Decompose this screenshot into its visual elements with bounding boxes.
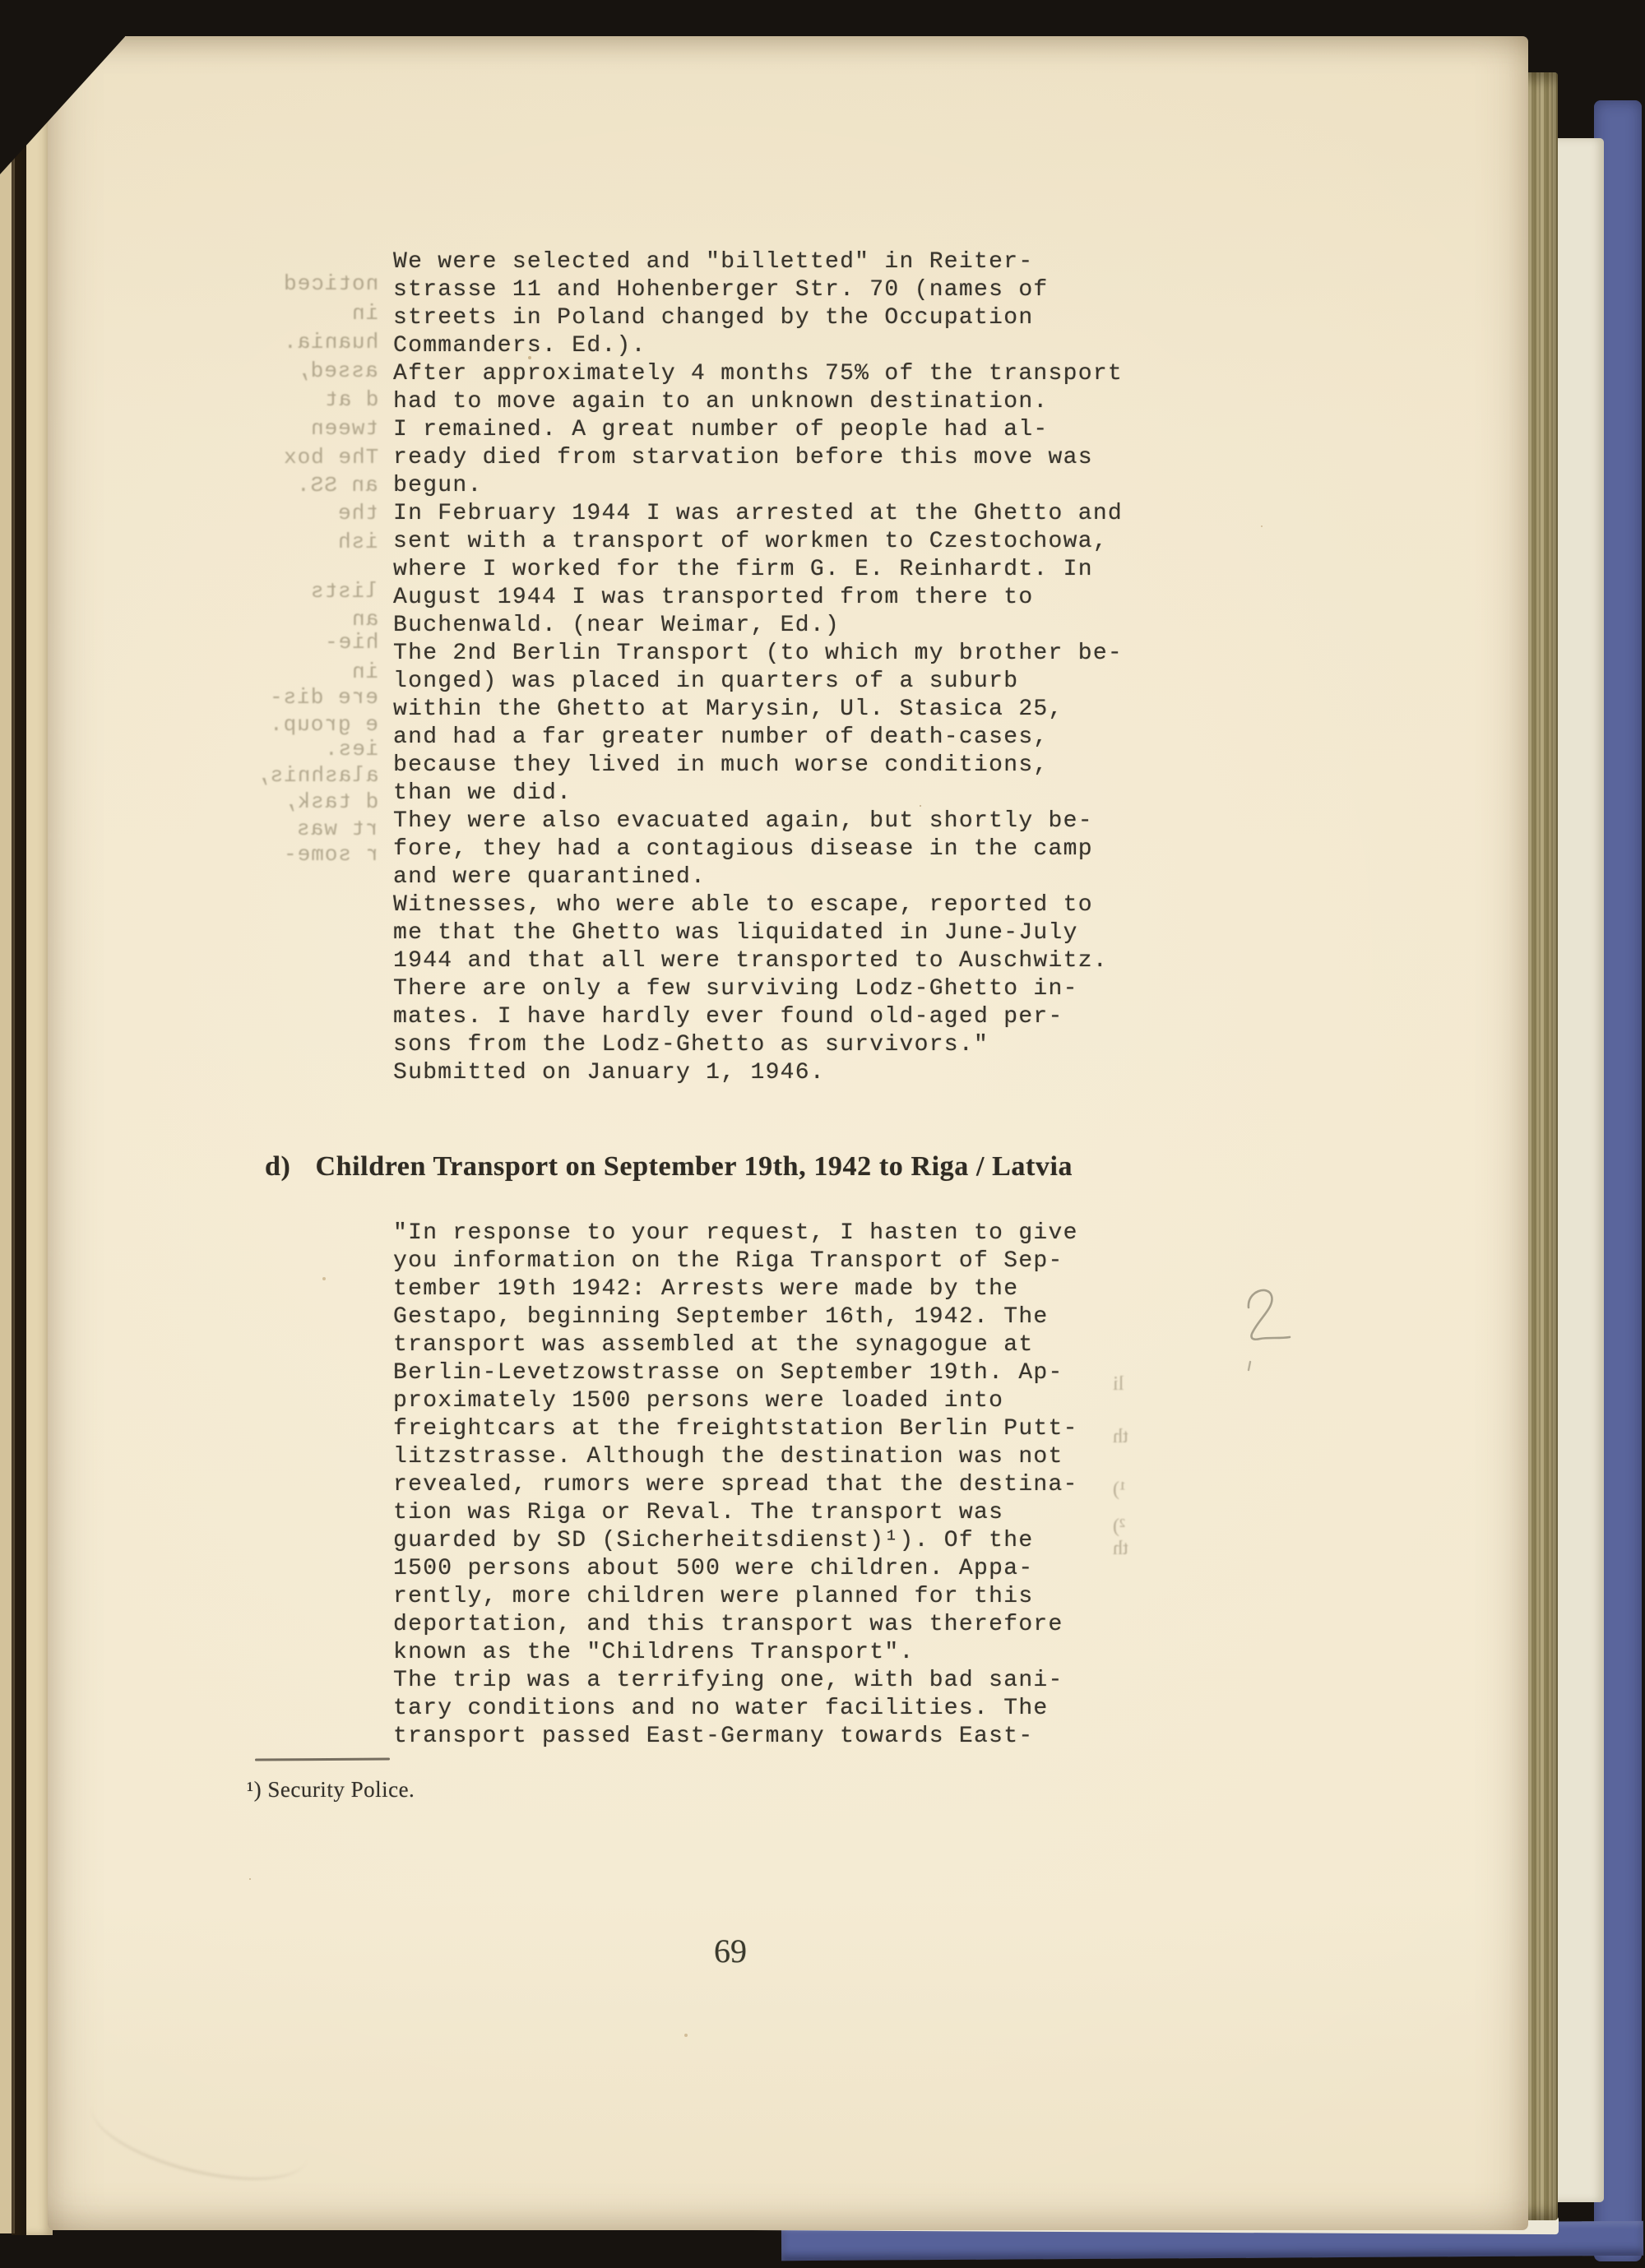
text-line: The 2nd Berlin Transport (to which my br…	[393, 640, 1123, 668]
text-line: tember 19th 1942: Arrests were made by t…	[393, 1275, 1078, 1303]
text-line: sons from the Lodz-Ghetto as survivors."	[393, 1031, 1123, 1059]
text-line: There are only a few surviving Lodz-Ghet…	[393, 975, 1123, 1003]
text-line: guarded by SD (Sicherheitsdienst)¹). Of …	[393, 1527, 1078, 1555]
show-through-text-left-margin: noticedinhuania.assed,d attweenThe boxan…	[163, 36, 378, 941]
text-line: Submitted on January 1, 1946.	[393, 1059, 1123, 1087]
text-line: sent with a transport of workmen to Czes…	[393, 528, 1123, 556]
show-through-fragment: li	[1113, 1373, 1124, 1396]
text-line: In February 1944 I was arrested at the G…	[393, 500, 1123, 528]
text-line: "In response to your request, I hasten t…	[393, 1220, 1078, 1247]
text-line: litzstrasse. Although the destination wa…	[393, 1443, 1078, 1471]
show-through-fragment: d task,	[283, 789, 378, 814]
show-through-fragment: in	[351, 301, 378, 326]
paper-smudge	[82, 2067, 317, 2198]
text-line: revealed, rumors were spread that the de…	[393, 1471, 1078, 1499]
show-through-fragment: rt was	[296, 817, 378, 841]
show-through-fragment: e group.	[269, 712, 378, 737]
text-line: within the Ghetto at Marysin, Ul. Stasic…	[393, 696, 1123, 724]
show-through-text-right-margin: lith¹)²)th	[1113, 36, 1212, 1599]
text-line: where I worked for the firm G. E. Reinha…	[393, 556, 1123, 584]
text-line: me that the Ghetto was liquidated in Jun…	[393, 919, 1123, 947]
text-line: ready died from starvation before this m…	[393, 444, 1123, 472]
text-line: Commanders. Ed.).	[393, 332, 1123, 360]
show-through-fragment: the	[337, 501, 378, 525]
text-line: transport was assembled at the synagogue…	[393, 1331, 1078, 1359]
text-line: August 1944 I was transported from there…	[393, 584, 1123, 612]
text-line: known as the "Childrens Transport".	[393, 1639, 1078, 1667]
show-through-fragment: ¹)	[1113, 1479, 1125, 1501]
text-line: fore, they had a contagious disease in t…	[393, 835, 1123, 863]
text-line: because they lived in much worse conditi…	[393, 752, 1123, 780]
show-through-fragment: th	[1113, 1538, 1128, 1560]
text-line: strasse 11 and Hohenberger Str. 70 (name…	[393, 276, 1123, 304]
typewritten-quote-children-transport: "In response to your request, I hasten t…	[393, 1220, 1078, 1751]
text-line: Gestapo, beginning September 16th, 1942.…	[393, 1303, 1078, 1331]
text-line: streets in Poland changed by the Occupat…	[393, 304, 1123, 332]
text-line: had to move again to an unknown destinat…	[393, 388, 1123, 416]
text-line: transport passed East-Germany towards Ea…	[393, 1723, 1078, 1751]
typewritten-quote-lodz-ghetto: We were selected and "billetted" in Reit…	[393, 248, 1123, 1087]
text-line: than we did.	[393, 780, 1123, 808]
text-line: rently, more children were planned for t…	[393, 1583, 1078, 1611]
text-line: you information on the Riga Transport of…	[393, 1247, 1078, 1275]
text-line: tion was Riga or Reval. The transport wa…	[393, 1499, 1078, 1527]
show-through-fragment: ish	[337, 530, 378, 554]
show-through-fragment: noticed	[283, 271, 378, 296]
text-line: Witnesses, who were able to escape, repo…	[393, 891, 1123, 919]
show-through-fragment: in	[351, 660, 378, 684]
section-heading-label: d)	[265, 1148, 290, 1186]
text-line: deportation, and this transport was ther…	[393, 1611, 1078, 1639]
show-through-fragment: d at	[324, 387, 378, 412]
show-through-fragment: huania.	[283, 330, 378, 354]
show-through-fragment: ²)	[1113, 1516, 1125, 1538]
show-through-fragment: an	[351, 607, 378, 632]
show-through-fragment: assed,	[296, 359, 378, 383]
text-line: begun.	[393, 472, 1123, 500]
show-through-fragment: th	[1113, 1426, 1128, 1448]
text-line: tary conditions and no water facilities.…	[393, 1695, 1078, 1723]
footnote-rule	[255, 1757, 390, 1761]
text-line: We were selected and "billetted" in Reit…	[393, 248, 1123, 276]
page-number: 69	[681, 1932, 780, 1970]
show-through-fragment: an SS.	[296, 473, 378, 498]
photograph-of-book-page: { "document": { "quote1_lines": [ "We we…	[0, 0, 1645, 2268]
show-through-fragment: ere dis-	[269, 685, 378, 710]
show-through-fragment: The box	[283, 445, 378, 470]
text-line: longed) was placed in quarters of a subu…	[393, 668, 1123, 696]
text-line: mates. I have hardly ever found old-aged…	[393, 1003, 1123, 1031]
text-line: I remained. A great number of people had…	[393, 416, 1123, 444]
show-through-fragment: r some-	[283, 842, 378, 867]
show-through-fragment: hie-	[324, 630, 378, 655]
text-line: Buchenwald. (near Weimar, Ed.)	[393, 612, 1123, 640]
pencil-annotation-2	[1239, 1283, 1296, 1390]
section-heading-title: Children Transport on September 19th, 19…	[315, 1148, 1073, 1186]
book-page: noticedinhuania.assed,d attweenThe boxan…	[48, 36, 1528, 2230]
text-line: proximately 1500 persons were loaded int…	[393, 1387, 1078, 1415]
text-line: Berlin-Levetzowstrasse on September 19th…	[393, 1359, 1078, 1387]
text-line: 1500 persons about 500 were children. Ap…	[393, 1555, 1078, 1583]
text-line: After approximately 4 months 75% of the …	[393, 360, 1123, 388]
show-through-fragment: tween	[310, 416, 378, 441]
section-heading: d) Children Transport on September 19th,…	[265, 1148, 1073, 1186]
show-through-fragment: ies.	[324, 737, 378, 761]
text-line: They were also evacuated again, but shor…	[393, 808, 1123, 835]
text-line: 1944 and that all were transported to Au…	[393, 947, 1123, 975]
text-line: and had a far greater number of death-ca…	[393, 724, 1123, 752]
text-line: and were quarantined.	[393, 863, 1123, 891]
footnote-text: ¹) Security Police.	[247, 1773, 415, 1806]
text-line: The trip was a terrifying one, with bad …	[393, 1667, 1078, 1695]
endpaper-edge	[1551, 138, 1604, 2202]
show-through-fragment: alashnis,	[256, 763, 378, 788]
show-through-fragment: lists	[310, 579, 378, 604]
text-line: freightcars at the freightstation Berlin…	[393, 1415, 1078, 1443]
